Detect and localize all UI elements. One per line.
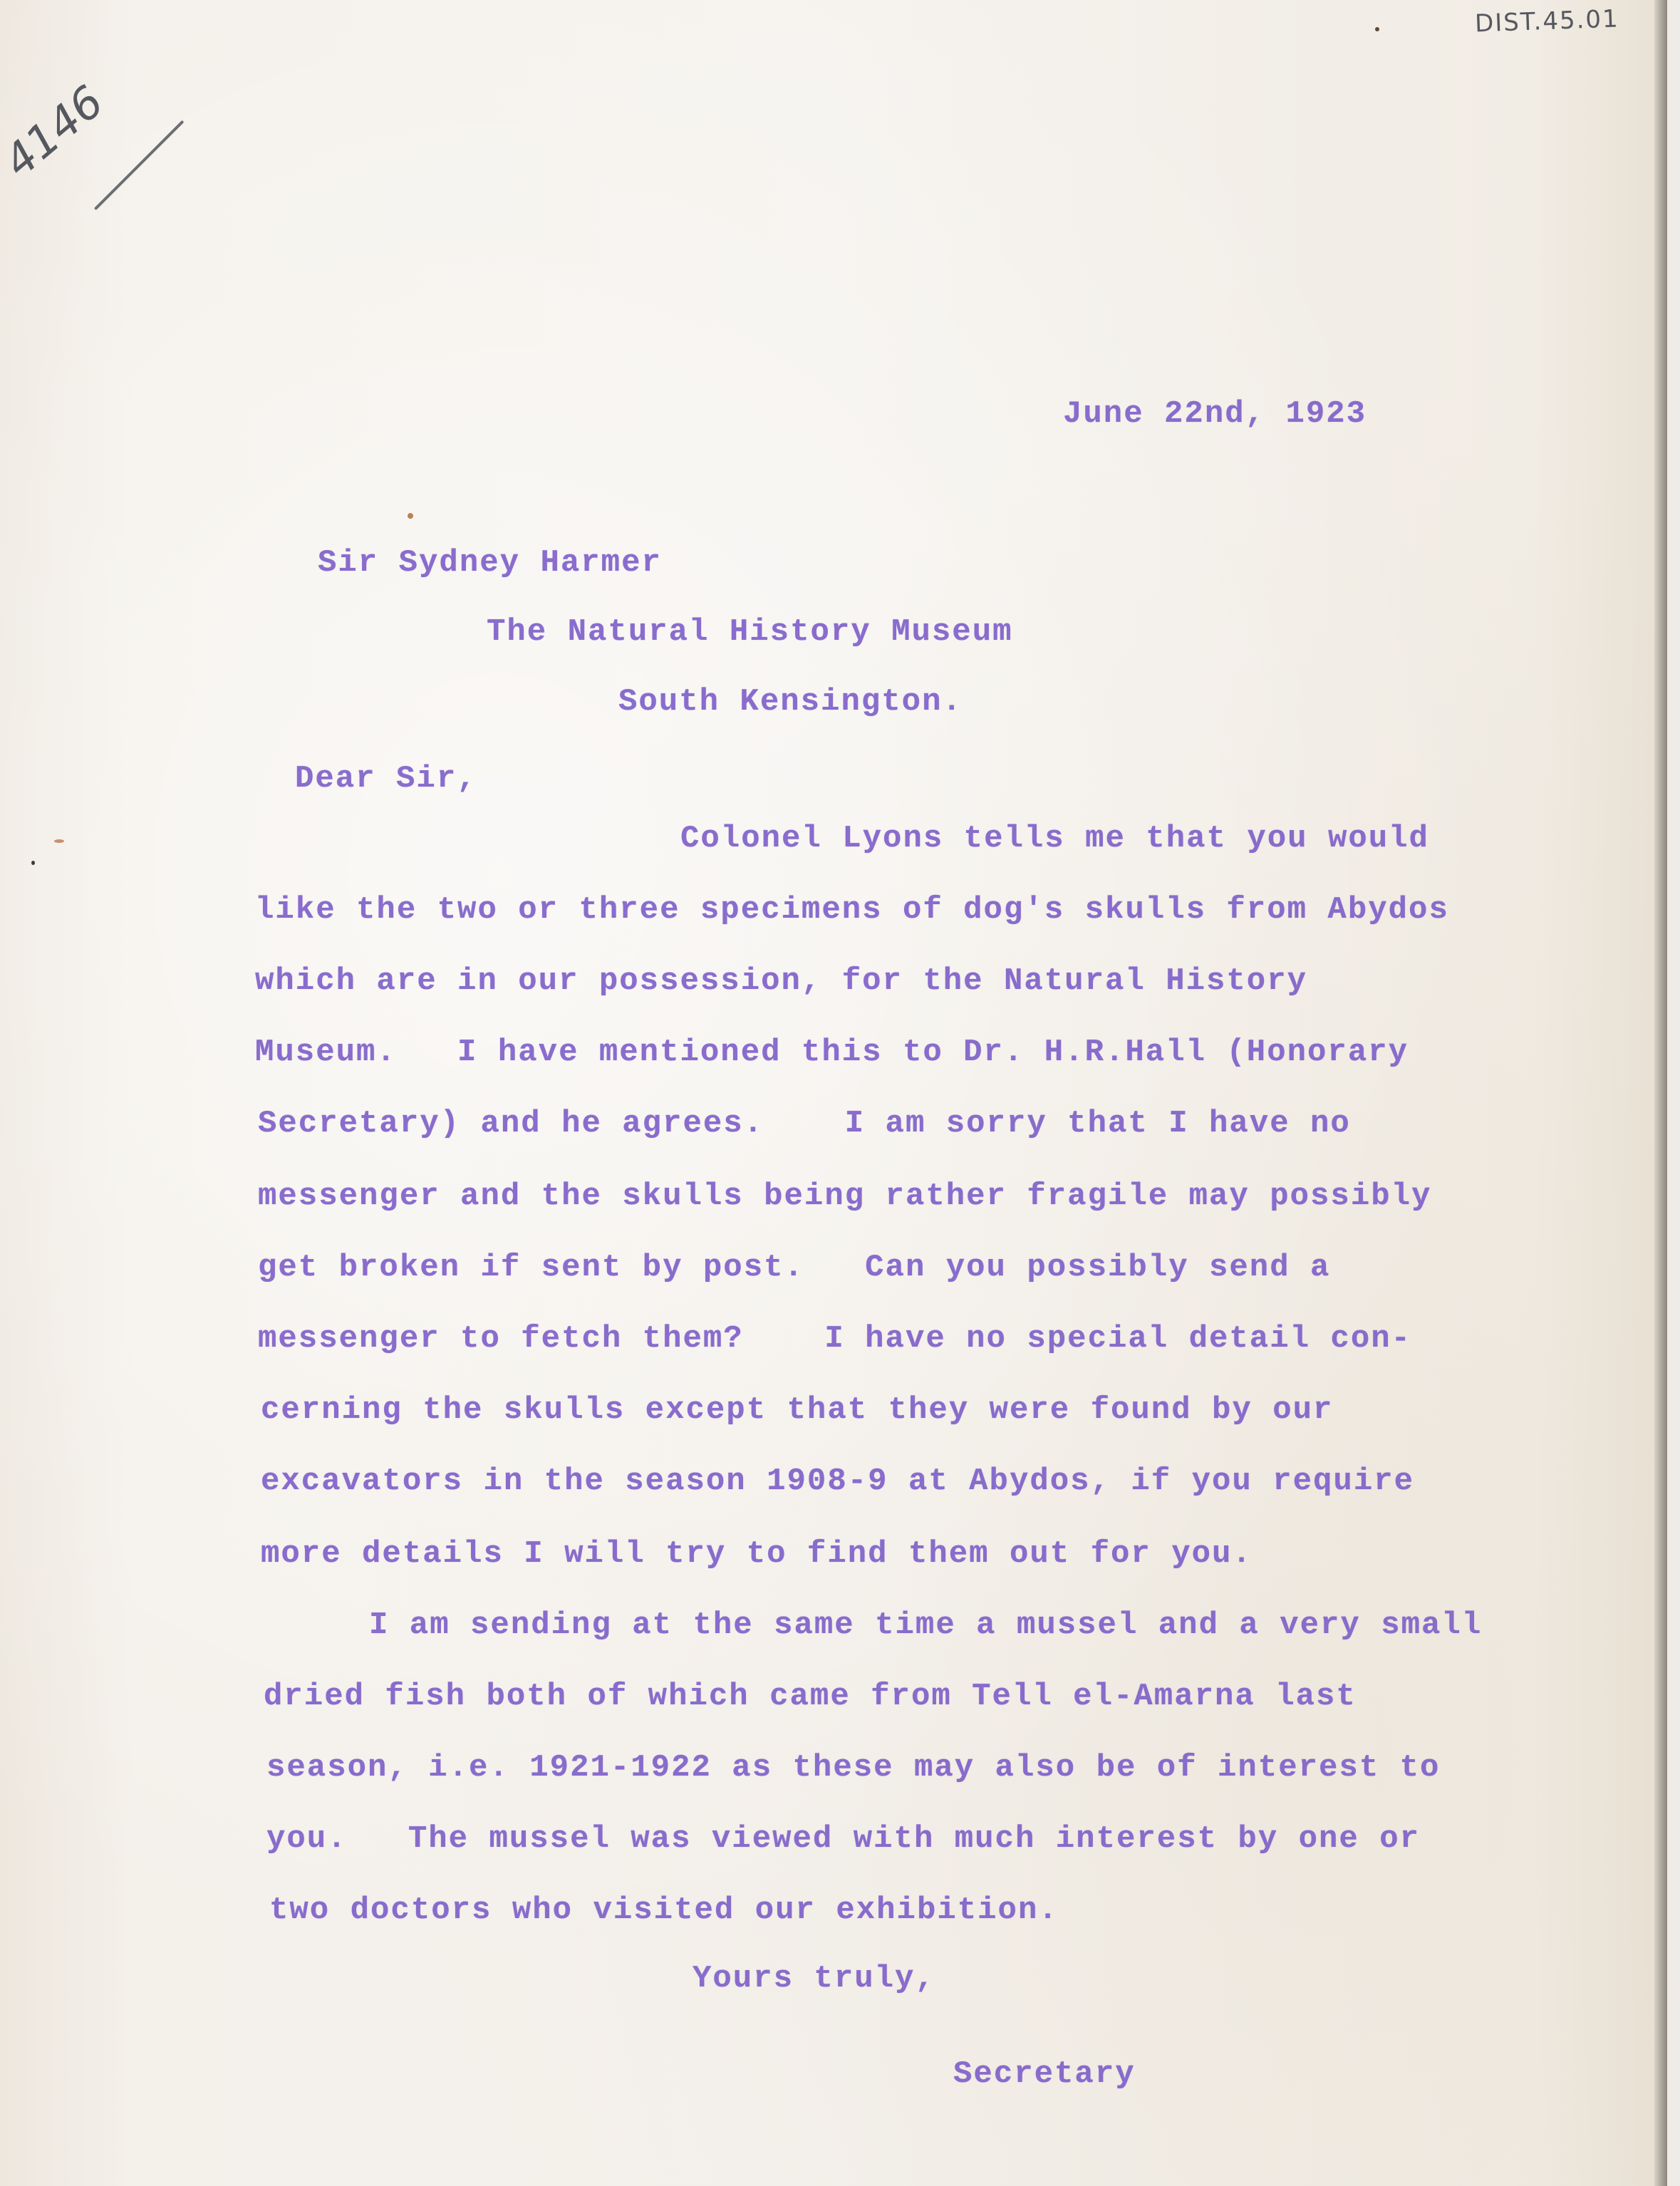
salutation: Dear Sir, xyxy=(295,761,477,797)
body-line: season, i.e. 1921-1922 as these may also… xyxy=(266,1750,1440,1786)
body-line: you. The mussel was viewed with much int… xyxy=(266,1821,1420,1857)
signature-title: Secretary xyxy=(953,2056,1136,2092)
folio-number: 4146 xyxy=(0,76,113,187)
body-line: Museum. I have mentioned this to Dr. H.R… xyxy=(255,1035,1409,1070)
paper-speck xyxy=(54,839,64,843)
folio-underline xyxy=(94,120,185,211)
recipient-location: South Kensington. xyxy=(618,684,963,720)
body-line: cerning the skulls except that they were… xyxy=(261,1392,1333,1428)
recipient-name: Sir Sydney Harmer xyxy=(318,545,662,581)
paper-speck xyxy=(408,513,413,519)
body-line: like the two or three specimens of dog's… xyxy=(255,892,1449,928)
body-line: get broken if sent by post. Can you poss… xyxy=(258,1250,1330,1285)
body-line: dried fish both of which came from Tell … xyxy=(264,1679,1357,1714)
body-line: more details I will try to find them out… xyxy=(261,1536,1253,1572)
body-line: I am sending at the same time a mussel a… xyxy=(369,1607,1482,1643)
closing: Yours truly, xyxy=(693,1961,935,1996)
archive-reference: DIST.45.01 xyxy=(1474,4,1619,38)
body-line: messenger to fetch them? I have no speci… xyxy=(258,1321,1411,1357)
body-line: excavators in the season 1908-9 at Abydo… xyxy=(261,1464,1414,1499)
paper-speck xyxy=(1375,27,1379,31)
body-line: Colonel Lyons tells me that you would xyxy=(680,821,1429,856)
page-edge-shadow xyxy=(1654,0,1667,2186)
body-line: messenger and the skulls being rather fr… xyxy=(258,1179,1431,1214)
recipient-institution: The Natural History Museum xyxy=(487,614,1013,650)
body-line: which are in our possession, for the Nat… xyxy=(255,963,1307,999)
paper-speck xyxy=(31,861,35,865)
letter-date: June 22nd, 1923 xyxy=(1063,396,1367,432)
body-line: two doctors who visited our exhibition. xyxy=(269,1892,1059,1928)
body-line: Secretary) and he agrees. I am sorry tha… xyxy=(258,1106,1351,1141)
letter-page: DIST.45.01 4146 June 22nd, 1923 Sir Sydn… xyxy=(0,0,1667,2186)
